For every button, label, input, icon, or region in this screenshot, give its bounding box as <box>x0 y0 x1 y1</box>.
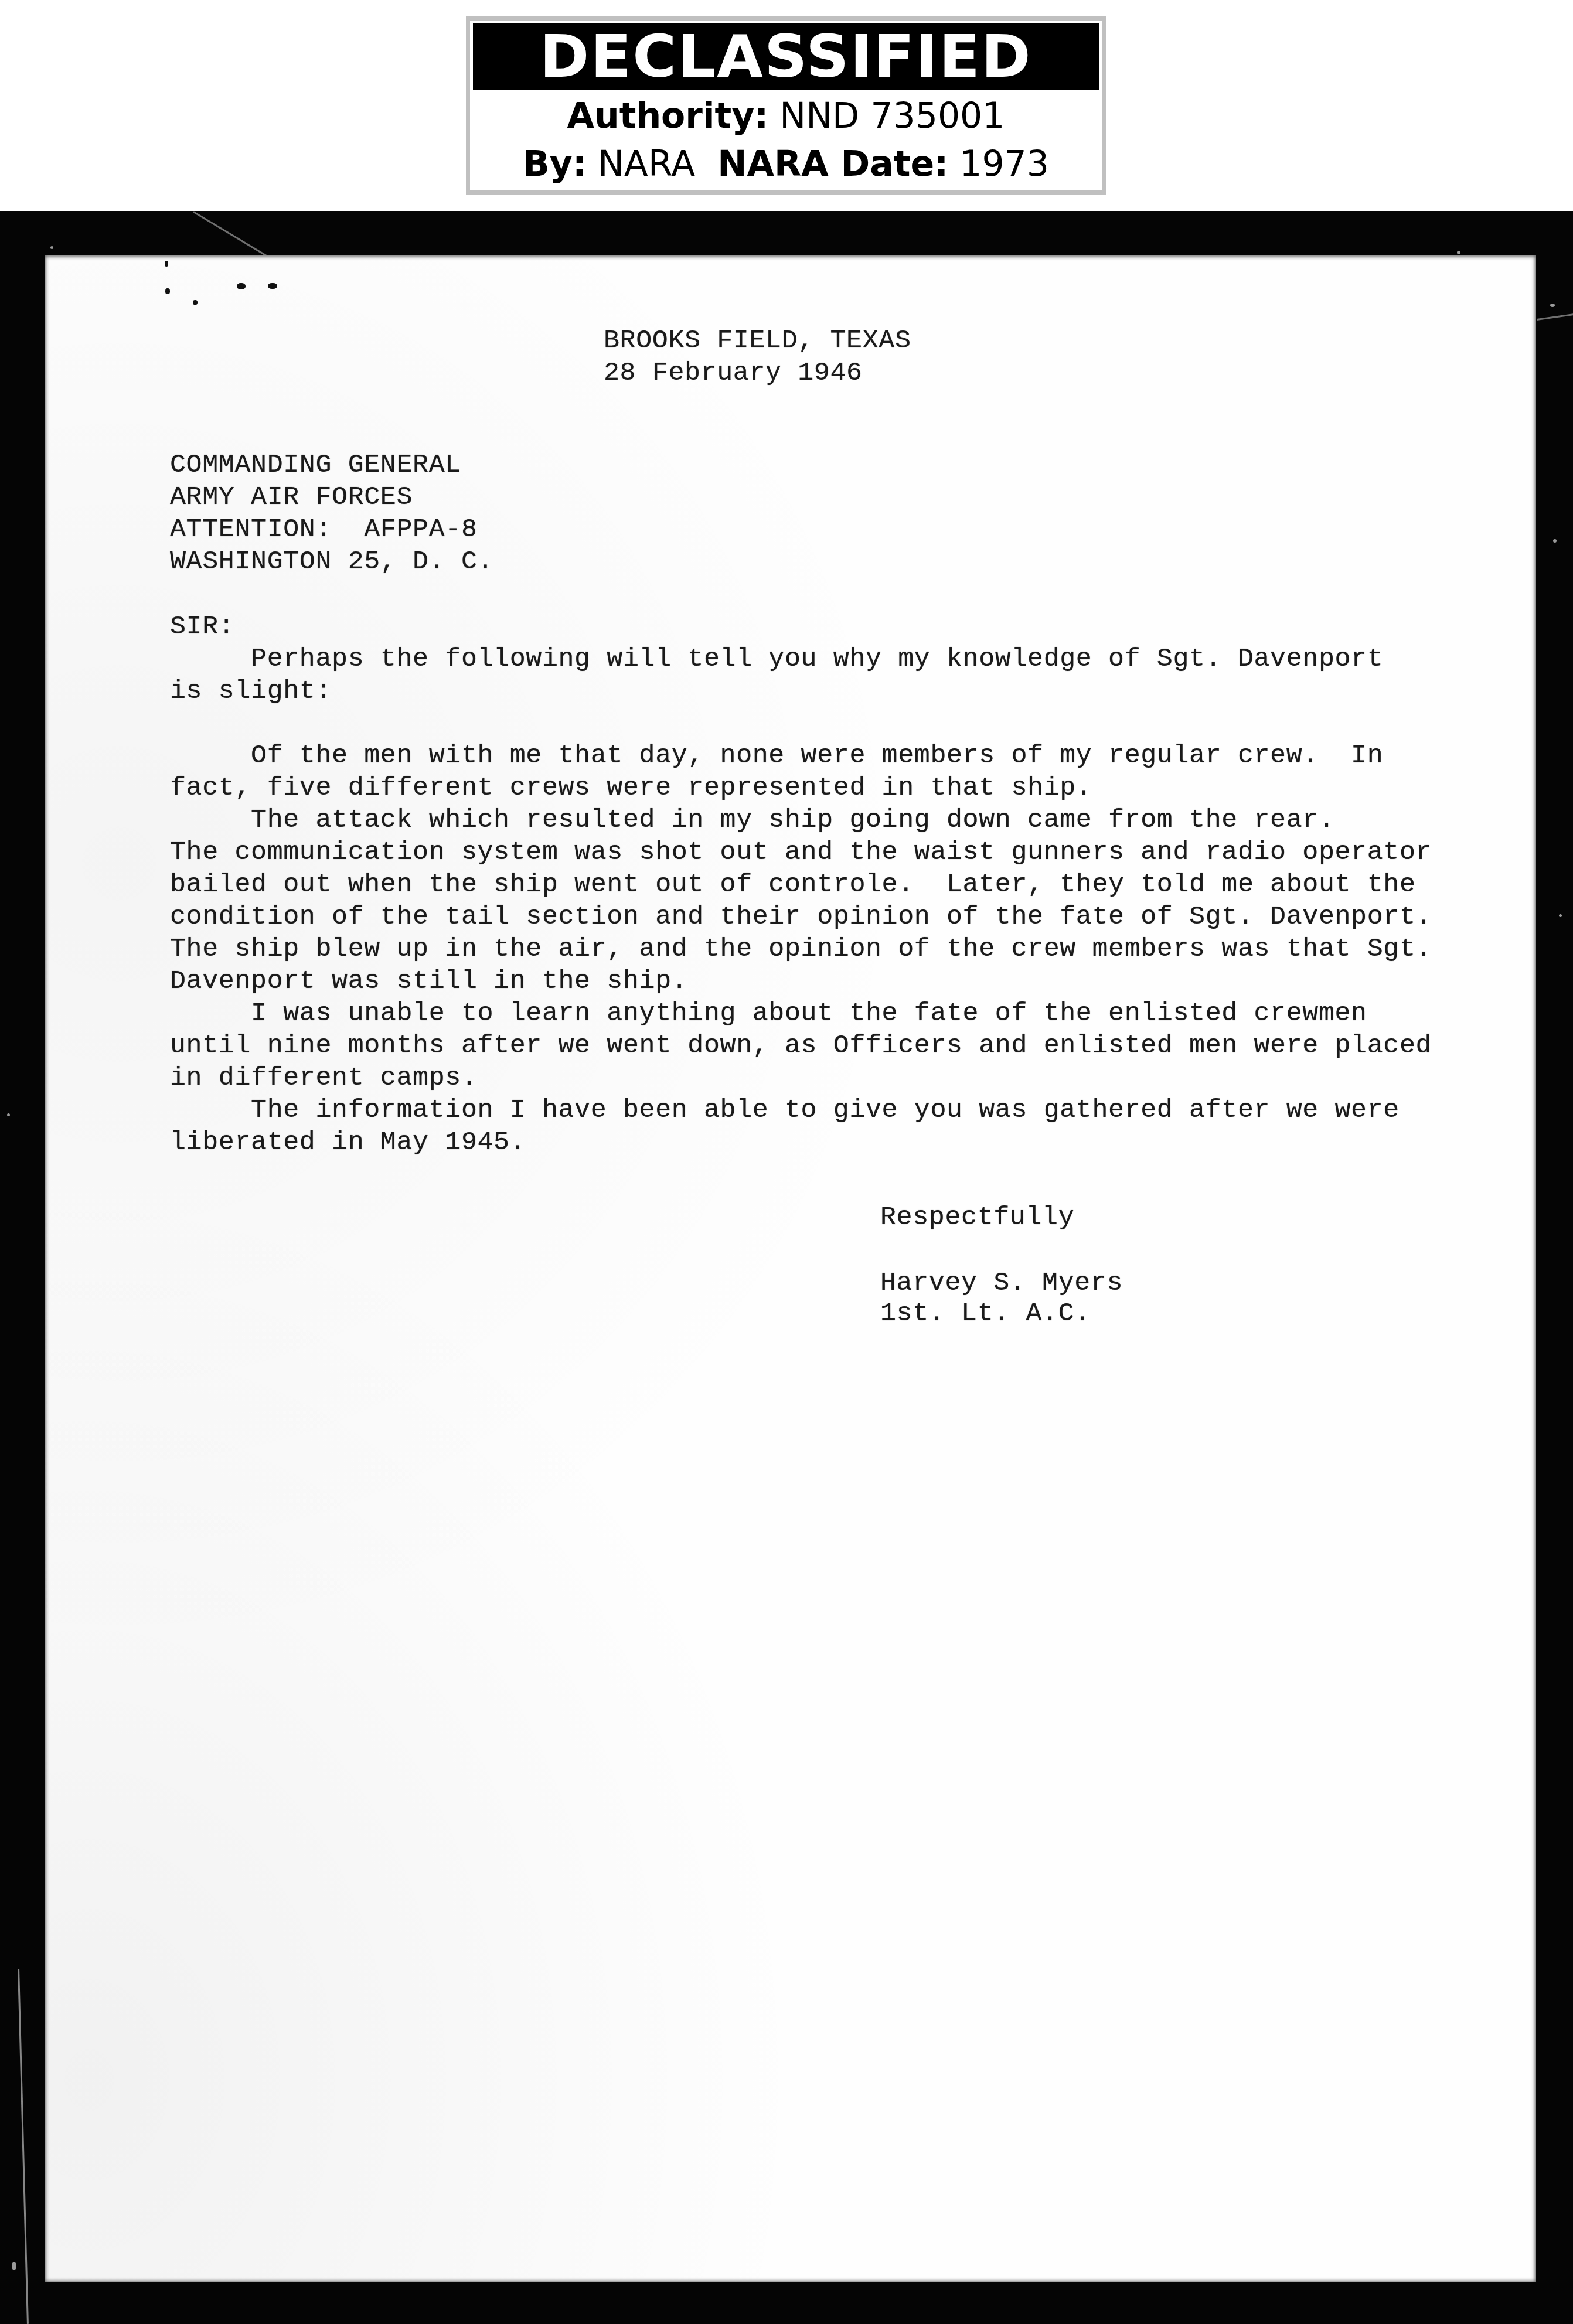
body-line: The information I have been able to give… <box>170 1094 1400 1126</box>
body-line: The communication system was shot out an… <box>170 836 1432 868</box>
film-speck <box>12 2262 16 2270</box>
body-line: condition of the tail section and their … <box>170 901 1432 933</box>
recipient-line: ARMY AIR FORCES <box>170 481 413 513</box>
letter-date: 28 February 1946 <box>604 357 863 389</box>
film-speck <box>1553 539 1557 543</box>
letter-page: BROOKS FIELD, TEXAS 28 February 1946 COM… <box>45 255 1536 2282</box>
film-speck <box>1550 304 1555 307</box>
stamp-by-value: NARA <box>598 144 695 185</box>
body-line: until nine months after we went down, as… <box>170 1030 1432 1062</box>
ink-speck <box>268 283 277 289</box>
body-line: bailed out when the ship went out of con… <box>170 868 1416 901</box>
body-line: liberated in May 1945. <box>170 1126 526 1158</box>
film-scratch <box>1537 313 1573 321</box>
film-speck <box>50 246 53 249</box>
body-line: Davenport was still in the ship. <box>170 965 687 997</box>
stamp-date-value: 1973 <box>959 144 1049 185</box>
ink-speck <box>165 288 170 294</box>
body-line: The attack which resulted in my ship goi… <box>170 804 1335 836</box>
film-speck <box>7 1113 10 1116</box>
recipient-line: ATTENTION: AFPPA-8 <box>170 513 477 546</box>
body-line: is slight: <box>170 675 332 707</box>
stamp-authority-value: NND 735001 <box>779 96 1005 137</box>
body-line: Perhaps the following will tell you why … <box>170 643 1383 675</box>
stamp-authority: Authority: NND 735001 <box>470 96 1102 137</box>
film-scratch <box>18 1969 29 2324</box>
ink-speck <box>237 283 246 289</box>
film-speck <box>1457 251 1460 254</box>
body-line: I was unable to learn anything about the… <box>170 997 1367 1030</box>
signature-rank: 1st. Lt. A.C. <box>880 1297 1091 1330</box>
stamp-authority-label: Authority: <box>567 96 769 137</box>
body-line: in different camps. <box>170 1062 477 1094</box>
ink-speck <box>165 261 168 267</box>
declassified-stamp: DECLASSIFIED Authority: NND 735001 By: N… <box>466 16 1106 195</box>
ink-speck <box>193 300 198 305</box>
signature-name: Harvey S. Myers <box>880 1267 1123 1299</box>
recipient-line: WASHINGTON 25, D. C. <box>170 546 493 578</box>
stamp-by-label: By: <box>523 144 587 185</box>
stamp-title-text: DECLASSIFIED <box>540 23 1032 90</box>
body-line: The ship blew up in the air, and the opi… <box>170 933 1432 965</box>
stamp-title: DECLASSIFIED <box>473 23 1099 90</box>
stamp-by-line: By: NARA NARA Date: 1973 <box>470 144 1102 185</box>
film-speck <box>1559 914 1562 917</box>
body-line: fact, five different crews were represen… <box>170 772 1092 804</box>
letter-place: BROOKS FIELD, TEXAS <box>604 325 911 357</box>
salutation: SIR: <box>170 611 234 643</box>
scan-background: BROOKS FIELD, TEXAS 28 February 1946 COM… <box>0 211 1573 2324</box>
closing: Respectfully <box>880 1201 1074 1233</box>
stamp-date-label: NARA Date: <box>717 144 948 185</box>
recipient-line: COMMANDING GENERAL <box>170 449 461 481</box>
body-line: Of the men with me that day, none were m… <box>170 740 1383 772</box>
